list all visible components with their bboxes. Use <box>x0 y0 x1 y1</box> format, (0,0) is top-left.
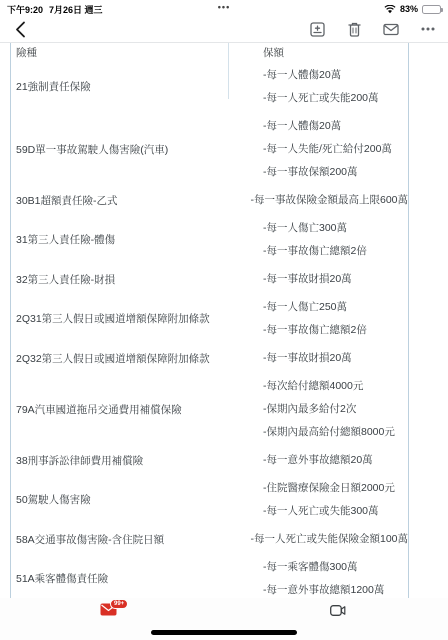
coverage-amount-line: -每一人失能/死亡給付200萬 <box>263 138 408 161</box>
wifi-icon <box>384 5 396 14</box>
table-row: 50駕駛人傷害險-住院醫療保險金日額2000元-每一人死亡或失能300萬 <box>11 475 408 526</box>
mark-unread-button[interactable] <box>381 19 401 39</box>
table-row: 38刑事訴訟律師費用補償險-每一意外事故總額20萬 <box>11 447 408 475</box>
insurance-type: 21強制責任保險 <box>11 64 263 110</box>
table-row: 58A交通事故傷害險-含住院日額-每一人死亡或失能保險金額100萬 <box>11 526 408 554</box>
bottom-dock: 99+ <box>0 598 448 640</box>
insurance-type: 30B1超額責任險-乙式 <box>11 189 250 212</box>
coverage-amount-line: -每一人體傷20萬 <box>263 115 408 138</box>
trash-icon <box>348 22 361 37</box>
delete-button[interactable] <box>344 19 364 39</box>
column-header-amount: 保額 <box>263 45 408 60</box>
coverage-amounts: -住院醫療保險金日額2000元-每一人死亡或失能300萬 <box>263 477 408 523</box>
archive-button[interactable] <box>307 19 327 39</box>
table-row: 2Q32第三人假日或國道增額保障附加條款-每一事故財損20萬 <box>11 345 408 373</box>
coverage-amount-line: -每一事故財損20萬 <box>263 347 408 370</box>
status-bar: 下午9:20 7月26日 週三 ••• 83% <box>0 0 448 16</box>
insurance-type: 31第三人責任險-體傷 <box>11 217 263 263</box>
multitask-dots-icon: ••• <box>218 2 230 12</box>
coverage-amount-line: -每一人體傷20萬 <box>263 64 408 87</box>
table-row: 32第三人責任險-財損-每一事故財損20萬 <box>11 266 408 294</box>
insurance-table: 險種 保額 21強制責任保險-每一人體傷20萬-每一人死亡或失能200萬59D單… <box>11 43 408 605</box>
coverage-amount-line: -每一人傷亡300萬 <box>263 217 408 240</box>
more-options-button[interactable] <box>418 19 438 39</box>
gmail-dock-button[interactable]: 99+ <box>100 603 128 621</box>
table-row: 30B1超額責任險-乙式-每一事故保險金額最高上限600萬 <box>11 187 408 215</box>
home-indicator[interactable] <box>151 630 297 635</box>
coverage-amount-line: -住院醫療保險金日額2000元 <box>263 477 408 500</box>
coverage-amounts: -每一乘客體傷300萬-每一意外事故總額1200萬 <box>263 556 408 602</box>
table-row: 31第三人責任險-體傷-每一人傷亡300萬-每一事故傷亡總額2倍 <box>11 215 408 266</box>
insurance-type: 50駕駛人傷害險 <box>11 477 263 523</box>
table-right-border <box>408 43 409 598</box>
insurance-type: 79A汽車國道拖吊交通費用補償保險 <box>11 375 263 444</box>
coverage-amount-line: -每一事故保額200萬 <box>263 161 408 184</box>
coverage-amount-line: -每一人死亡或失能保險金額100萬 <box>250 528 408 551</box>
status-date: 7月26日 週三 <box>49 3 103 16</box>
table-row: 2Q31第三人假日或國道增額保障附加條款-每一人傷亡250萬-每一事故傷亡總額2… <box>11 294 408 345</box>
coverage-amounts: -每一事故保險金額最高上限600萬 <box>250 189 408 212</box>
unread-count-badge: 99+ <box>110 599 128 609</box>
more-icon <box>421 27 435 31</box>
coverage-amounts: -每一事故財損20萬 <box>263 268 408 291</box>
insurance-type: 59D單一事故駕駛人傷害險(汽車) <box>11 115 263 184</box>
coverage-amounts: -每一人傷亡250萬-每一事故傷亡總額2倍 <box>263 296 408 342</box>
coverage-amount-line: -每一乘客體傷300萬 <box>263 556 408 579</box>
coverage-amounts: -每一人死亡或失能保險金額100萬 <box>250 528 408 551</box>
envelope-icon <box>383 23 399 36</box>
coverage-amounts: -每次給付總額4000元-保期內最多給付2次-保期內最高給付總額8000元 <box>263 375 408 444</box>
battery-percent: 83% <box>400 4 418 14</box>
coverage-amounts: -每一意外事故總額20萬 <box>263 449 408 472</box>
status-time: 下午9:20 <box>7 3 43 16</box>
coverage-amount-line: -每一人死亡或失能300萬 <box>263 500 408 523</box>
coverage-amount-line: -每一事故保險金額最高上限600萬 <box>250 189 408 212</box>
coverage-amount-line: -每一事故傷亡總額2倍 <box>263 319 408 342</box>
archive-icon <box>310 22 325 37</box>
video-camera-icon <box>330 605 346 616</box>
back-button[interactable] <box>10 19 30 39</box>
table-row: 79A汽車國道拖吊交通費用補償保險-每次給付總額4000元-保期內最多給付2次-… <box>11 373 408 447</box>
table-row: 21強制責任保險-每一人體傷20萬-每一人死亡或失能200萬 <box>11 62 408 113</box>
battery-icon <box>422 5 441 14</box>
back-chevron-icon <box>15 21 26 38</box>
insurance-type: 58A交通事故傷害險-含住院日額 <box>11 528 250 551</box>
insurance-table-body: 21強制責任保險-每一人體傷20萬-每一人死亡或失能200萬59D單一事故駕駛人… <box>11 62 408 605</box>
insurance-type: 51A乘客體傷責任險 <box>11 556 263 602</box>
column-header-type: 險種 <box>11 45 263 60</box>
coverage-amounts: -每一人體傷20萬-每一人失能/死亡給付200萬-每一事故保額200萬 <box>263 115 408 184</box>
coverage-amount-line: -保期內最多給付2次 <box>263 398 408 421</box>
camera-dock-button[interactable] <box>330 605 346 616</box>
coverage-amount-line: -每次給付總額4000元 <box>263 375 408 398</box>
coverage-amounts: -每一事故財損20萬 <box>263 347 408 370</box>
coverage-amounts: -每一人傷亡300萬-每一事故傷亡總額2倍 <box>263 217 408 263</box>
table-header-row: 險種 保額 <box>11 43 408 62</box>
insurance-type: 32第三人責任險-財損 <box>11 268 263 291</box>
ipad-screen: 下午9:20 7月26日 週三 ••• 83% <box>0 0 448 640</box>
coverage-amounts: -每一人體傷20萬-每一人死亡或失能200萬 <box>263 64 408 110</box>
coverage-amount-line: -每一人傷亡250萬 <box>263 296 408 319</box>
table-row: 59D單一事故駕駛人傷害險(汽車)-每一人體傷20萬-每一人失能/死亡給付200… <box>11 113 408 187</box>
coverage-amount-line: -每一意外事故總額20萬 <box>263 449 408 472</box>
insurance-type: 2Q32第三人假日或國道增額保障附加條款 <box>11 347 263 370</box>
coverage-amount-line: -每一事故傷亡總額2倍 <box>263 240 408 263</box>
insurance-type: 2Q31第三人假日或國道增額保障附加條款 <box>11 296 263 342</box>
coverage-amount-line: -保期內最高給付總額8000元 <box>263 421 408 444</box>
mail-toolbar <box>0 16 448 42</box>
coverage-amount-line: -每一人死亡或失能200萬 <box>263 87 408 110</box>
insurance-type: 38刑事訴訟律師費用補償險 <box>11 449 263 472</box>
coverage-amount-line: -每一事故財損20萬 <box>263 268 408 291</box>
